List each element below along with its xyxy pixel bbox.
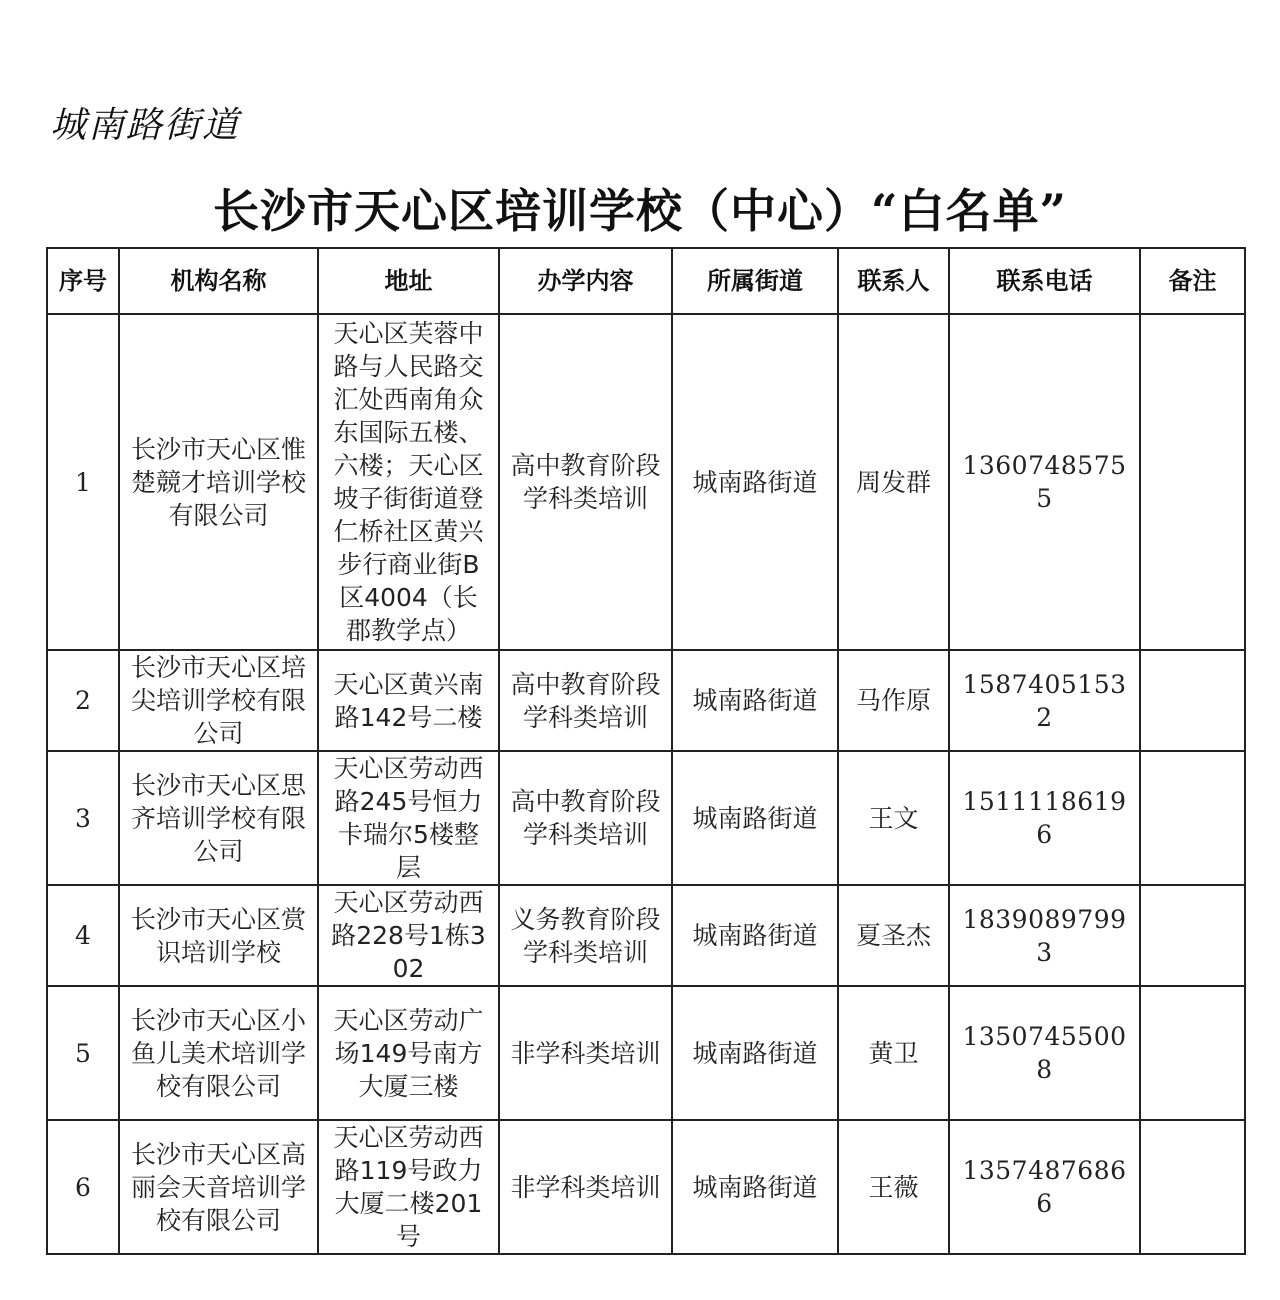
- cell-street: 城南路街道: [672, 986, 838, 1120]
- cell-content: 高中教育阶段学科类培训: [499, 751, 672, 885]
- cell-seq: 1: [47, 314, 119, 650]
- header-org-name: 机构名称: [119, 248, 318, 314]
- header-contact: 联系人: [838, 248, 949, 314]
- header-street: 所属街道: [672, 248, 838, 314]
- cell-address: 天心区劳动广场149号南方大厦三楼: [318, 986, 499, 1120]
- whitelist-table: 序号 机构名称 地址 办学内容 所属街道 联系人 联系电话 备注 1 长沙市天心…: [46, 247, 1246, 1255]
- cell-phone: 15111186196: [949, 751, 1140, 885]
- cell-contact: 王文: [838, 751, 949, 885]
- document-title: 长沙市天心区培训学校（中心）“白名单”: [0, 180, 1280, 242]
- cell-address: 天心区劳动西路119号政力大厦二楼201号: [318, 1120, 499, 1254]
- header-content: 办学内容: [499, 248, 672, 314]
- table-row: 6 长沙市天心区高丽会天音培训学校有限公司 天心区劳动西路119号政力大厦二楼2…: [47, 1120, 1245, 1254]
- cell-seq: 2: [47, 650, 119, 751]
- table-row: 4 长沙市天心区赏识培训学校 天心区劳动西路228号1栋302 义务教育阶段学科…: [47, 885, 1245, 986]
- cell-remark: [1140, 751, 1245, 885]
- header-address: 地址: [318, 248, 499, 314]
- cell-content: 高中教育阶段学科类培训: [499, 650, 672, 751]
- cell-org-name: 长沙市天心区培尖培训学校有限公司: [119, 650, 318, 751]
- cell-org-name: 长沙市天心区小鱼儿美术培训学校有限公司: [119, 986, 318, 1120]
- cell-org-name: 长沙市天心区高丽会天音培训学校有限公司: [119, 1120, 318, 1254]
- cell-remark: [1140, 650, 1245, 751]
- cell-remark: [1140, 314, 1245, 650]
- cell-remark: [1140, 885, 1245, 986]
- street-heading: 城南路街道: [50, 98, 240, 154]
- table-row: 1 长沙市天心区惟楚競才培训学校有限公司 天心区芙蓉中路与人民路交汇处西南角众东…: [47, 314, 1245, 650]
- cell-address: 天心区芙蓉中路与人民路交汇处西南角众东国际五楼、六楼；天心区坡子街街道登仁桥社区…: [318, 314, 499, 650]
- cell-phone: 13574876866: [949, 1120, 1140, 1254]
- header-seq: 序号: [47, 248, 119, 314]
- cell-phone: 15874051532: [949, 650, 1140, 751]
- cell-address: 天心区劳动西路228号1栋302: [318, 885, 499, 986]
- cell-seq: 5: [47, 986, 119, 1120]
- cell-remark: [1140, 1120, 1245, 1254]
- table-row: 3 长沙市天心区思齐培训学校有限公司 天心区劳动西路245号恒力卡瑞尔5楼整层 …: [47, 751, 1245, 885]
- cell-remark: [1140, 986, 1245, 1120]
- cell-seq: 6: [47, 1120, 119, 1254]
- cell-org-name: 长沙市天心区思齐培训学校有限公司: [119, 751, 318, 885]
- cell-contact: 王薇: [838, 1120, 949, 1254]
- cell-org-name: 长沙市天心区惟楚競才培训学校有限公司: [119, 314, 318, 650]
- cell-seq: 3: [47, 751, 119, 885]
- header-phone: 联系电话: [949, 248, 1140, 314]
- cell-content: 非学科类培训: [499, 986, 672, 1120]
- cell-address: 天心区劳动西路245号恒力卡瑞尔5楼整层: [318, 751, 499, 885]
- cell-content: 高中教育阶段学科类培训: [499, 314, 672, 650]
- cell-street: 城南路街道: [672, 314, 838, 650]
- table-row: 2 长沙市天心区培尖培训学校有限公司 天心区黄兴南路142号二楼 高中教育阶段学…: [47, 650, 1245, 751]
- cell-contact: 黄卫: [838, 986, 949, 1120]
- cell-phone: 13607485755: [949, 314, 1140, 650]
- cell-phone: 13507455008: [949, 986, 1140, 1120]
- cell-street: 城南路街道: [672, 650, 838, 751]
- cell-phone: 18390897993: [949, 885, 1140, 986]
- table-header-row: 序号 机构名称 地址 办学内容 所属街道 联系人 联系电话 备注: [47, 248, 1245, 314]
- cell-street: 城南路街道: [672, 1120, 838, 1254]
- cell-content: 义务教育阶段学科类培训: [499, 885, 672, 986]
- cell-contact: 马作原: [838, 650, 949, 751]
- cell-address: 天心区黄兴南路142号二楼: [318, 650, 499, 751]
- header-remark: 备注: [1140, 248, 1245, 314]
- cell-contact: 周发群: [838, 314, 949, 650]
- cell-street: 城南路街道: [672, 751, 838, 885]
- cell-org-name: 长沙市天心区赏识培训学校: [119, 885, 318, 986]
- cell-street: 城南路街道: [672, 885, 838, 986]
- cell-contact: 夏圣杰: [838, 885, 949, 986]
- table-row: 5 长沙市天心区小鱼儿美术培训学校有限公司 天心区劳动广场149号南方大厦三楼 …: [47, 986, 1245, 1120]
- cell-seq: 4: [47, 885, 119, 986]
- cell-content: 非学科类培训: [499, 1120, 672, 1254]
